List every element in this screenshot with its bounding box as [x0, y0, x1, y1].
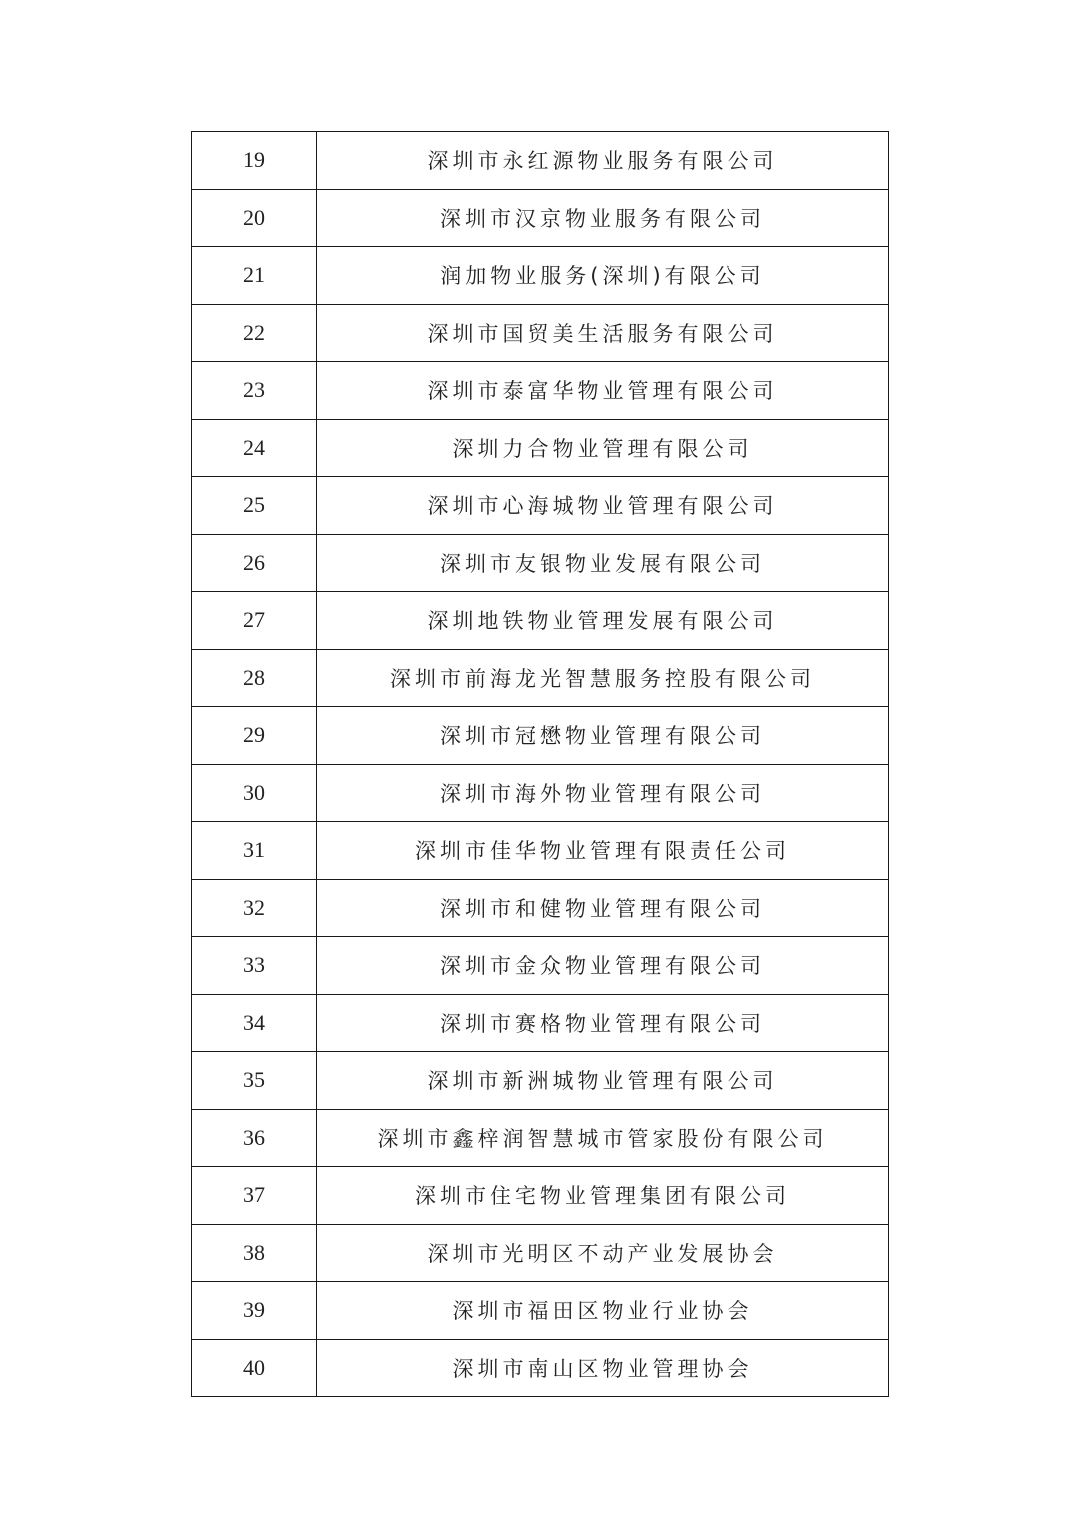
organization-name: 深圳市赛格物业管理有限公司	[317, 994, 889, 1052]
row-number: 33	[192, 937, 317, 995]
row-number: 24	[192, 419, 317, 477]
table-row: 32深圳市和健物业管理有限公司	[192, 879, 889, 937]
row-number: 23	[192, 362, 317, 420]
table-row: 40深圳市南山区物业管理协会	[192, 1339, 889, 1397]
row-number: 34	[192, 994, 317, 1052]
row-number: 39	[192, 1282, 317, 1340]
organization-name: 深圳市住宅物业管理集团有限公司	[317, 1167, 889, 1225]
row-number: 28	[192, 649, 317, 707]
table-row: 25深圳市心海城物业管理有限公司	[192, 477, 889, 535]
row-number: 37	[192, 1167, 317, 1225]
organization-name: 深圳市光明区不动产业发展协会	[317, 1224, 889, 1282]
organization-name: 深圳市福田区物业行业协会	[317, 1282, 889, 1340]
organization-name: 深圳市前海龙光智慧服务控股有限公司	[317, 649, 889, 707]
organization-name: 深圳市汉京物业服务有限公司	[317, 189, 889, 247]
table-row: 36深圳市鑫梓润智慧城市管家股份有限公司	[192, 1109, 889, 1167]
table-row: 21润加物业服务(深圳)有限公司	[192, 247, 889, 305]
table-row: 39深圳市福田区物业行业协会	[192, 1282, 889, 1340]
organization-name: 深圳市金众物业管理有限公司	[317, 937, 889, 995]
row-number: 19	[192, 132, 317, 190]
organization-name: 深圳市海外物业管理有限公司	[317, 764, 889, 822]
organization-name: 深圳市鑫梓润智慧城市管家股份有限公司	[317, 1109, 889, 1167]
table-row: 30深圳市海外物业管理有限公司	[192, 764, 889, 822]
organization-name: 深圳力合物业管理有限公司	[317, 419, 889, 477]
table-row: 22深圳市国贸美生活服务有限公司	[192, 304, 889, 362]
organization-name: 深圳地铁物业管理发展有限公司	[317, 592, 889, 650]
row-number: 26	[192, 534, 317, 592]
table-row: 34深圳市赛格物业管理有限公司	[192, 994, 889, 1052]
organization-name: 深圳市国贸美生活服务有限公司	[317, 304, 889, 362]
table-row: 28深圳市前海龙光智慧服务控股有限公司	[192, 649, 889, 707]
organization-name: 深圳市永红源物业服务有限公司	[317, 132, 889, 190]
row-number: 32	[192, 879, 317, 937]
row-number: 29	[192, 707, 317, 765]
table-row: 26深圳市友银物业发展有限公司	[192, 534, 889, 592]
organization-name: 深圳市南山区物业管理协会	[317, 1339, 889, 1397]
table-row: 19深圳市永红源物业服务有限公司	[192, 132, 889, 190]
table-row: 27深圳地铁物业管理发展有限公司	[192, 592, 889, 650]
row-number: 35	[192, 1052, 317, 1110]
row-number: 20	[192, 189, 317, 247]
table-body: 19深圳市永红源物业服务有限公司20深圳市汉京物业服务有限公司21润加物业服务(…	[192, 132, 889, 1397]
row-number: 22	[192, 304, 317, 362]
row-number: 21	[192, 247, 317, 305]
table-row: 38深圳市光明区不动产业发展协会	[192, 1224, 889, 1282]
organization-name: 深圳市友银物业发展有限公司	[317, 534, 889, 592]
row-number: 38	[192, 1224, 317, 1282]
organization-list-table: 19深圳市永红源物业服务有限公司20深圳市汉京物业服务有限公司21润加物业服务(…	[191, 131, 889, 1397]
table-row: 31深圳市佳华物业管理有限责任公司	[192, 822, 889, 880]
table-row: 23深圳市泰富华物业管理有限公司	[192, 362, 889, 420]
table-row: 33深圳市金众物业管理有限公司	[192, 937, 889, 995]
organization-name: 深圳市冠懋物业管理有限公司	[317, 707, 889, 765]
row-number: 25	[192, 477, 317, 535]
organization-name: 深圳市泰富华物业管理有限公司	[317, 362, 889, 420]
organization-name: 深圳市佳华物业管理有限责任公司	[317, 822, 889, 880]
table-row: 29深圳市冠懋物业管理有限公司	[192, 707, 889, 765]
table-row: 24深圳力合物业管理有限公司	[192, 419, 889, 477]
table-row: 37深圳市住宅物业管理集团有限公司	[192, 1167, 889, 1225]
row-number: 36	[192, 1109, 317, 1167]
organization-name: 深圳市心海城物业管理有限公司	[317, 477, 889, 535]
row-number: 30	[192, 764, 317, 822]
row-number: 31	[192, 822, 317, 880]
row-number: 27	[192, 592, 317, 650]
organization-name: 润加物业服务(深圳)有限公司	[317, 247, 889, 305]
organization-name: 深圳市新洲城物业管理有限公司	[317, 1052, 889, 1110]
table-row: 20深圳市汉京物业服务有限公司	[192, 189, 889, 247]
table-row: 35深圳市新洲城物业管理有限公司	[192, 1052, 889, 1110]
organization-name: 深圳市和健物业管理有限公司	[317, 879, 889, 937]
row-number: 40	[192, 1339, 317, 1397]
document-page: 19深圳市永红源物业服务有限公司20深圳市汉京物业服务有限公司21润加物业服务(…	[0, 0, 1080, 1527]
